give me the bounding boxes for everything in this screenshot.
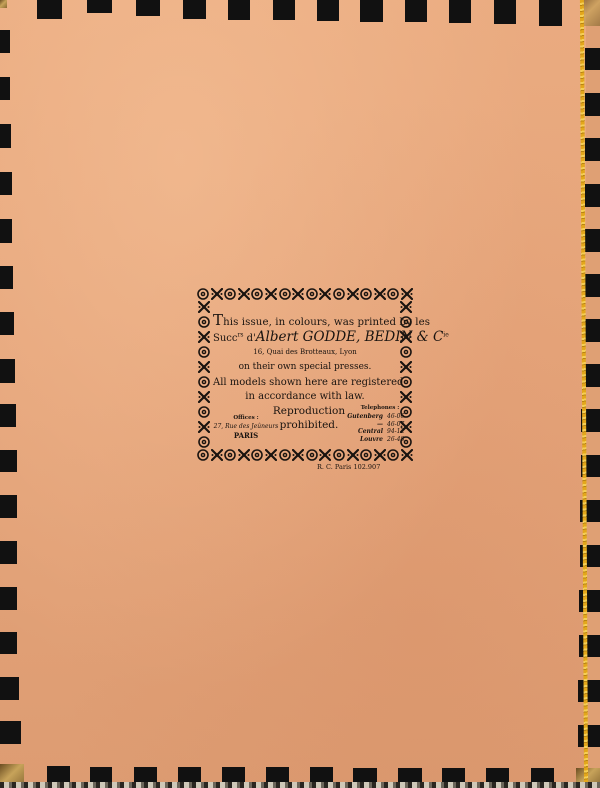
border-square-top [539, 0, 562, 26]
cross-flower-ornament-icon [400, 361, 412, 373]
offices-city: PARIS [209, 431, 283, 440]
offices-address: 27, Rue des Jeûneurs [209, 422, 283, 431]
border-square-right [585, 229, 600, 252]
drop-cap: T [213, 311, 223, 329]
rosette-ornament-icon [197, 288, 209, 300]
telephones-label: Telephones : [347, 404, 413, 413]
co-sup: ie [443, 332, 448, 339]
cross-flower-ornament-icon [319, 288, 331, 300]
rosette-ornament-icon [224, 449, 236, 461]
right-edge-strip [586, 0, 600, 788]
border-square-left [0, 450, 17, 472]
cross-flower-ornament-icon [238, 449, 250, 461]
phone-number: 94-12 [387, 428, 404, 436]
cross-flower-ornament-icon [211, 449, 223, 461]
border-square-right [579, 635, 600, 657]
phone-number: 46-06 [387, 413, 404, 421]
rosette-ornament-icon [387, 449, 399, 461]
rosette-ornament-icon [251, 288, 263, 300]
cross-flower-ornament-icon [400, 301, 412, 313]
rosette-ornament-icon [198, 376, 210, 388]
ornament-border-bottom [197, 448, 413, 462]
border-square-top [87, 0, 112, 13]
rosette-ornament-icon [400, 346, 412, 358]
border-square-right [585, 138, 600, 161]
border-square-left [0, 77, 10, 100]
rosette-ornament-icon [279, 288, 291, 300]
rosette-ornament-icon [198, 316, 210, 328]
exchange-name: Central [347, 428, 387, 436]
d-text: d' [243, 333, 255, 344]
cross-flower-ornament-icon [374, 288, 386, 300]
cross-flower-ornament-icon [401, 288, 413, 300]
border-square-left [0, 495, 17, 518]
border-square-left [0, 172, 12, 195]
exchange-name: Louvre [347, 436, 387, 444]
border-square-right [585, 184, 600, 207]
telephone-row: Gutenberg46-06 [347, 413, 413, 421]
registered-line: All models shown here are registered [213, 377, 397, 388]
cross-flower-ornament-icon [265, 449, 277, 461]
cross-flower-ornament-icon [292, 288, 304, 300]
border-square-left [0, 359, 15, 383]
law-line: in accordance with law. [213, 391, 397, 402]
phone-number: 46-07 [387, 421, 404, 429]
border-square-left [0, 30, 10, 53]
telephones-block: Telephones : Gutenberg46-06 —46-07 Centr… [347, 404, 413, 443]
registration-number: R. C. Paris 102.907 [317, 463, 380, 471]
printer-imprint-box: This issue, in colours, was printed by l… [197, 287, 413, 462]
cross-flower-ornament-icon [319, 449, 331, 461]
border-square-right [585, 93, 600, 116]
rosette-ornament-icon [279, 449, 291, 461]
offices-block: Offices : 27, Rue des Jeûneurs PARIS [209, 414, 283, 440]
rosette-ornament-icon [197, 449, 209, 461]
exchange-name: Gutenberg [347, 413, 387, 421]
border-square-top [136, 0, 160, 16]
and-co: & C [412, 329, 443, 345]
border-square-left [0, 266, 13, 289]
border-square-top [317, 0, 339, 21]
rosette-ornament-icon [306, 288, 318, 300]
border-square-left [0, 721, 21, 744]
border-square-top [494, 0, 516, 24]
printer-name: Succrs d'Albert GODDE, BEDIN & Cie [213, 329, 397, 345]
border-square-top [37, 0, 62, 19]
imprint-text: This issue, in colours, was printed by l… [213, 303, 397, 446]
cross-flower-ornament-icon [347, 449, 359, 461]
exchange-name: — [347, 421, 387, 429]
cross-flower-ornament-icon [198, 301, 210, 313]
offices-label: Offices : [209, 414, 283, 422]
telephone-row: Central94-12 [347, 428, 413, 436]
border-square-right [585, 48, 600, 70]
rosette-ornament-icon [360, 449, 372, 461]
border-square-left [0, 677, 19, 700]
cross-flower-ornament-icon [265, 288, 277, 300]
presses-line: on their own special presses. [213, 362, 397, 372]
cross-flower-ornament-icon [238, 288, 250, 300]
rosette-ornament-icon [360, 288, 372, 300]
printer-address: 16, Quai des Brotteaux, Lyon [213, 348, 397, 356]
border-square-left [0, 219, 12, 243]
firm-name: Albert GODDE, BEDIN [256, 329, 413, 345]
rosette-ornament-icon [224, 288, 236, 300]
ornament-border-top [197, 287, 413, 301]
border-square-top [183, 0, 206, 19]
border-square-left [0, 404, 16, 427]
border-square-right [578, 680, 600, 702]
printer-statement-text: his issue, in colours, was printed by le… [223, 317, 430, 328]
rosette-ornament-icon [333, 288, 345, 300]
border-square-left [0, 541, 17, 564]
border-square-top [449, 0, 471, 23]
border-square-top [228, 0, 250, 20]
printer-statement: This issue, in colours, was printed by l… [213, 311, 397, 329]
cross-flower-ornament-icon [400, 391, 412, 403]
cross-flower-ornament-icon [211, 288, 223, 300]
rosette-ornament-icon [333, 449, 345, 461]
border-square-right [578, 725, 600, 747]
rosette-ornament-icon [198, 346, 210, 358]
border-square-top [360, 0, 383, 22]
corner-gold-top-left [0, 0, 7, 8]
cross-flower-ornament-icon [292, 449, 304, 461]
phone-number: 26-48 [387, 436, 404, 444]
border-square-left [0, 632, 17, 654]
cross-flower-ornament-icon [347, 288, 359, 300]
telephone-row: Louvre26-48 [347, 436, 413, 444]
border-square-left [0, 587, 17, 610]
cross-flower-ornament-icon [198, 331, 210, 343]
rosette-ornament-icon [306, 449, 318, 461]
succ-text: Succ [213, 333, 238, 344]
rosette-ornament-icon [251, 449, 263, 461]
bottom-edge-strip [0, 782, 600, 788]
border-square-left [0, 312, 14, 335]
cross-flower-ornament-icon [374, 449, 386, 461]
cross-flower-ornament-icon [198, 391, 210, 403]
border-square-left [0, 124, 11, 148]
border-square-top [273, 0, 295, 20]
rosette-ornament-icon [387, 288, 399, 300]
cross-flower-ornament-icon [401, 449, 413, 461]
border-square-right [584, 274, 600, 297]
telephone-row: —46-07 [347, 421, 413, 429]
cross-flower-ornament-icon [198, 361, 210, 373]
border-square-top [405, 0, 427, 22]
